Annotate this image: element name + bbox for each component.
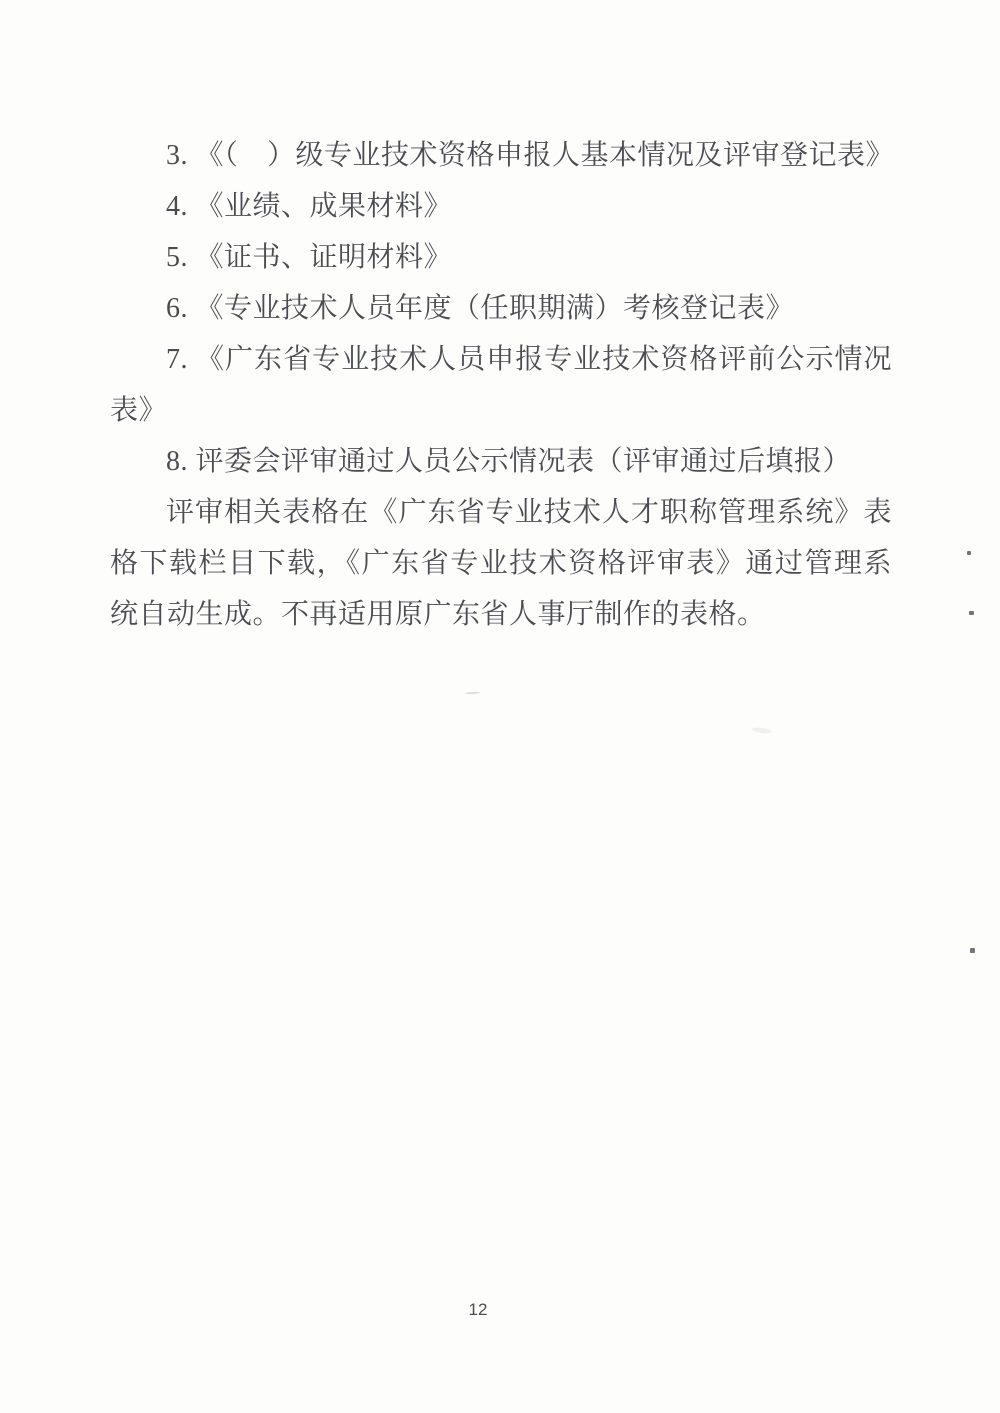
list-item-7: 7. 《广东省专业技术人员申报专业技术资格评前公示情况表》: [110, 334, 892, 436]
closing-paragraph: 评审相关表格在《广东省专业技术人才职称管理系统》表格下载栏目下载，《广东省专业技…: [110, 487, 892, 640]
scan-smudge: [752, 727, 773, 735]
page-number: 12: [0, 1300, 956, 1320]
scan-smudge: [465, 692, 480, 695]
list-item-8: 8. 评委会评审通过人员公示情况表（评审通过后填报）: [110, 436, 892, 487]
scan-speck: [967, 551, 971, 555]
list-item-6: 6. 《专业技术人员年度（任职期满）考核登记表》: [110, 283, 892, 334]
scan-speck: [969, 611, 974, 615]
list-item-4: 4. 《业绩、成果材料》: [110, 181, 892, 232]
list-item-5: 5. 《证书、证明材料》: [110, 232, 892, 283]
scanned-document-page: 3. 《（ ）级专业技术资格申报人基本情况及评审登记表》 4. 《业绩、成果材料…: [0, 0, 1000, 1413]
scan-speck: [970, 948, 975, 953]
list-item-3: 3. 《（ ）级专业技术资格申报人基本情况及评审登记表》: [110, 130, 892, 181]
document-body: 3. 《（ ）级专业技术资格申报人基本情况及评审登记表》 4. 《业绩、成果材料…: [110, 130, 892, 640]
